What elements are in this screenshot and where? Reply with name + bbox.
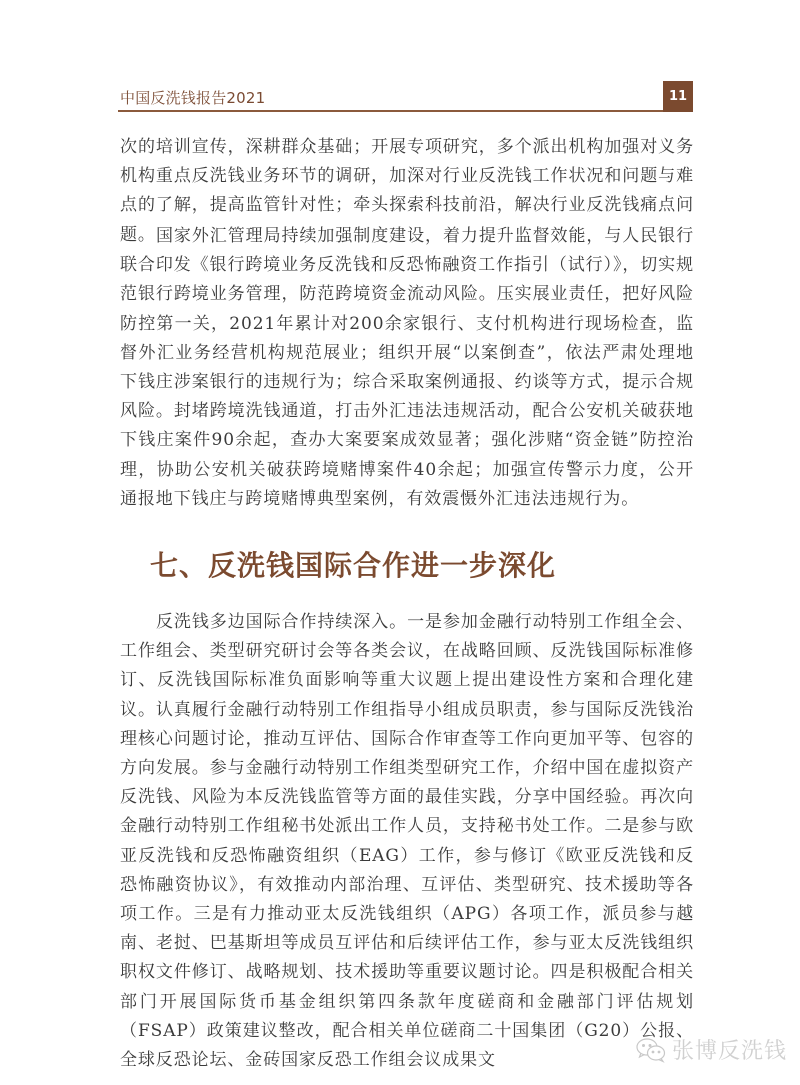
paragraph-text: 国家外汇管理局持续加强制度建设，着力提升监督效能，与人民银行联合印发《银行跨境业… [120,222,694,514]
page-header: 中国反洗钱报告2021 11 [118,78,693,116]
page-number: 11 [663,81,693,112]
paragraph-text: 反洗钱多边国际合作持续深入。一是参加金融行动特别工作组全会、工作组会、类型研究研… [120,608,694,1075]
paragraph-international-cooperation: 反洗钱多边国际合作持续深入。一是参加金融行动特别工作组全会、工作组会、类型研究研… [120,608,694,1075]
running-header-title: 中国反洗钱报告2021 [120,87,265,108]
watermark-text: 张博反洗钱 [672,1034,787,1065]
header-rule [118,110,663,112]
paragraph-safe: 国家外汇管理局持续加强制度建设，着力提升监督效能，与人民银行联合印发《银行跨境业… [120,222,694,514]
section-heading: 七、反洗钱国际合作进一步深化 [150,544,556,584]
watermark: 张博反洗钱 [636,1034,787,1065]
wechat-icon [636,1037,666,1063]
